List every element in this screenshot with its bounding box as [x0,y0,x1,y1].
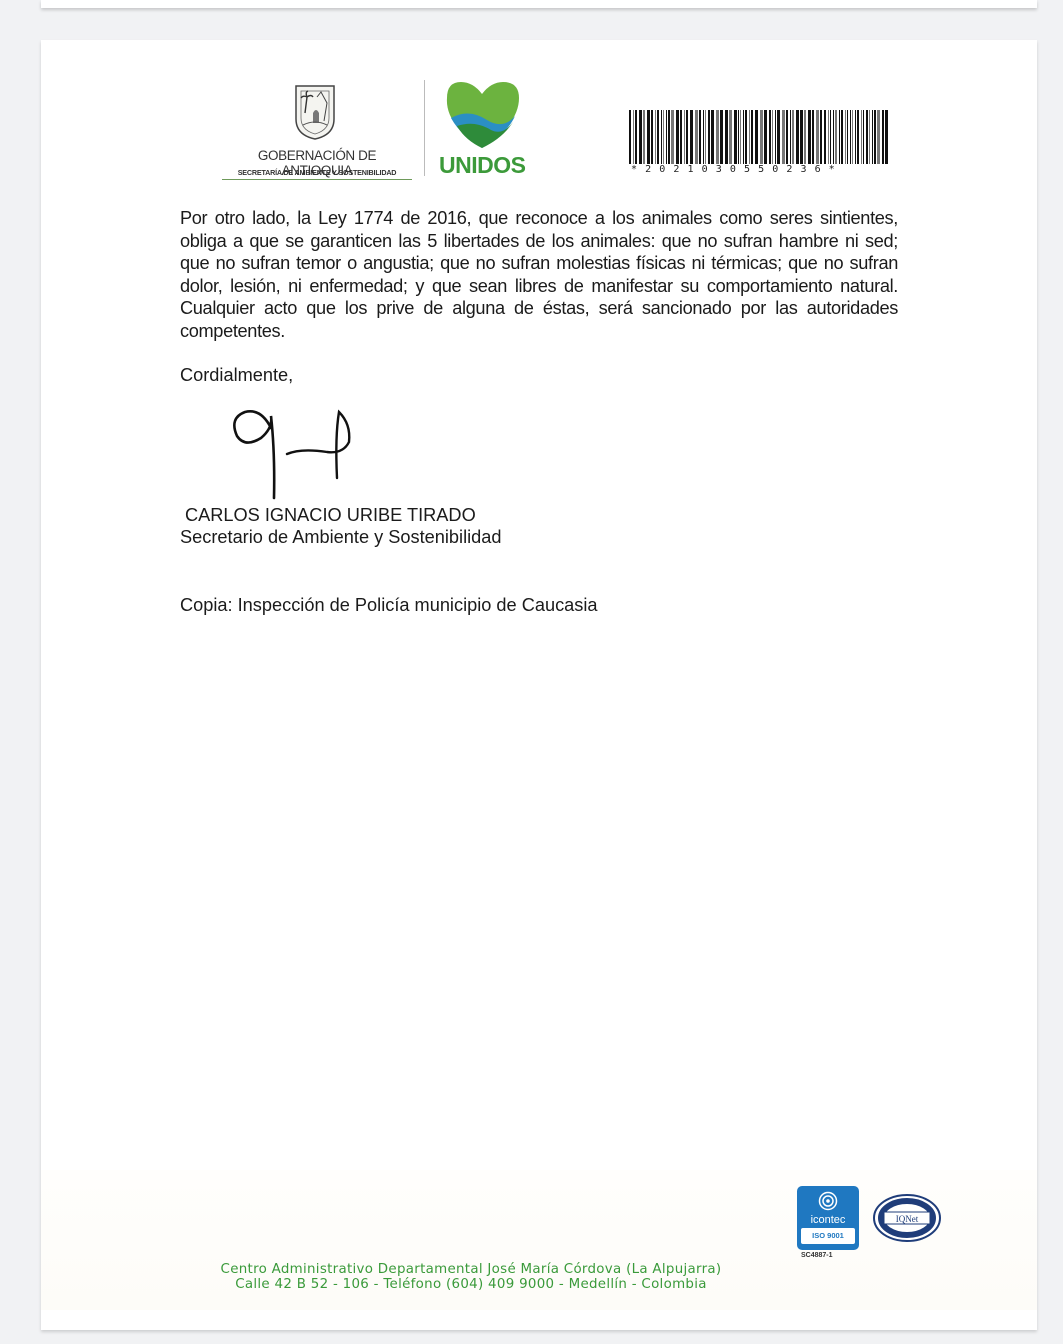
icontec-signal-icon [818,1191,838,1211]
certificate-code: SC4887-1 [801,1252,833,1259]
antioquia-crest-icon [293,83,337,141]
handwritten-signature [231,402,381,502]
previous-page-edge [41,0,1037,8]
iqnet-certified-badge-icon: IQNet [872,1193,942,1243]
footer-address-line-2: Calle 42 B 52 - 106 - Teléfono (604) 409… [41,1277,901,1292]
header-divider [424,80,425,176]
unidos-heart-logo-icon [443,80,521,150]
signer-title: Secretario de Ambiente y Sostenibilidad [180,527,502,548]
unidos-logo-text: UNIDOS [439,152,525,179]
icontec-label: icontec [797,1214,859,1226]
secretariat-name: SECRETARÍA DE AMBIENTE Y SOSTENIBILIDAD [217,168,417,177]
closing-salutation: Cordialmente, [180,365,293,386]
document-barcode [629,110,889,164]
body-paragraph: Por otro lado, la Ley 1774 de 2016, que … [180,207,898,343]
footer-address-line-1: Centro Administrativo Departamental José… [41,1262,901,1277]
document-page: GOBERNACIÓN DE ANTIOQUIA SECRETARÍA DE A… [41,40,1037,1330]
svg-text:IQNet: IQNet [896,1214,919,1224]
copy-recipient: Copia: Inspección de Policía municipio d… [180,595,598,616]
icontec-certification-badge: icontec ISO 9001 [797,1186,859,1250]
barcode-number: *2021030550236* [631,164,889,175]
iso-standard-label: ISO 9001 [801,1228,855,1244]
signer-name: CARLOS IGNACIO URIBE TIRADO [185,505,476,526]
